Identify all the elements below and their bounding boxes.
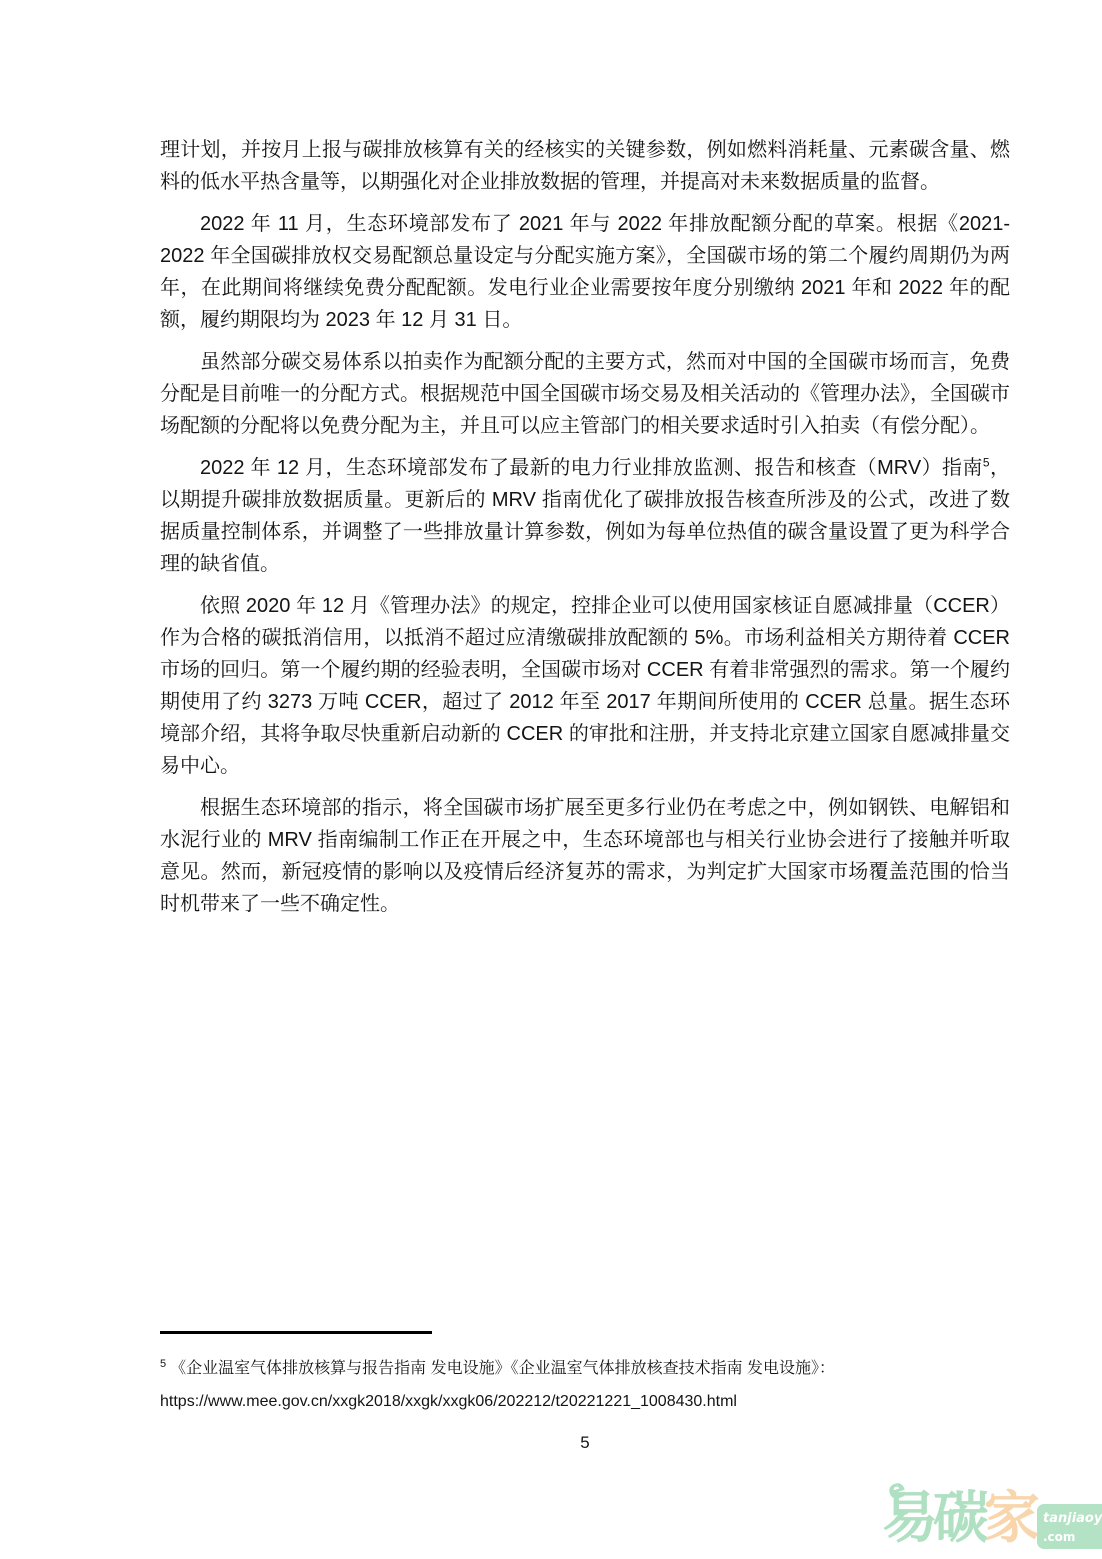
watermark-domain-name: tanjiaoyi <box>1043 1511 1102 1526</box>
watermark-logo: e 易 碳 家 tanjiaoyi .com <box>882 1487 1102 1551</box>
watermark-domain-badge: tanjiaoyi .com <box>1037 1504 1102 1549</box>
paragraph-5-text: 依照 2020 年 12 月《管理办法》的规定，控排企业可以使用国家核证自愿减排… <box>160 595 1010 777</box>
paragraph-2: 2022 年 11 月，生态环境部发布了 2021 年与 2022 年排放配额分… <box>160 208 1010 336</box>
watermark-char-yi-wrap: e 易 <box>882 1487 933 1551</box>
footnote-url-link[interactable]: https://www.mee.gov.cn/xxgk2018/xxgk/xxg… <box>160 1385 1010 1418</box>
page-number: 5 <box>160 1433 1010 1453</box>
watermark-char-jia: 家 <box>984 1487 1035 1551</box>
paragraph-3: 虽然部分碳交易体系以拍卖作为配额分配的主要方式，然而对中国的全国碳市场而言，免费… <box>160 346 1010 442</box>
watermark-char-tan: 碳 <box>933 1487 984 1551</box>
footnote-line: 5《企业温室气体排放核算与报告指南 发电设施》《企业温室气体排放核查技术指南 发… <box>160 1352 1010 1385</box>
paragraph-6: 根据生态环境部的指示，将全国碳市场扩展至更多行业仍在考虑之中，例如钢铁、电解铝和… <box>160 792 1010 920</box>
paragraph-2-text: 2022 年 11 月，生态环境部发布了 2021 年与 2022 年排放配额分… <box>160 213 1010 331</box>
paragraph-6-text: 根据生态环境部的指示，将全国碳市场扩展至更多行业仍在考虑之中，例如钢铁、电解铝和… <box>160 797 1010 915</box>
paragraph-1-text: 理计划，并按月上报与碳排放核算有关的经核实的关键参数，例如燃料消耗量、元素碳含量… <box>160 139 1010 193</box>
paragraph-4-text: 2022 年 12 月，生态环境部发布了最新的电力行业排放监测、报告和核查（MR… <box>200 457 983 479</box>
paragraph-3-text: 虽然部分碳交易体系以拍卖作为配额分配的主要方式，然而对中国的全国碳市场而言，免费… <box>160 351 1010 437</box>
document-page: 理计划，并按月上报与碳排放核算有关的经核实的关键参数，例如燃料消耗量、元素碳含量… <box>0 0 1102 1559</box>
document-body: 理计划，并按月上报与碳排放核算有关的经核实的关键参数，例如燃料消耗量、元素碳含量… <box>160 134 1010 930</box>
watermark-domain-tld: .com <box>1043 1530 1075 1544</box>
footnote: 5《企业温室气体排放核算与报告指南 发电设施》《企业温室气体排放核查技术指南 发… <box>160 1352 1010 1418</box>
footnote-text: 《企业温室气体排放核算与报告指南 发电设施》《企业温室气体排放核查技术指南 发电… <box>170 1360 835 1377</box>
paragraph-4: 2022 年 12 月，生态环境部发布了最新的电力行业排放监测、报告和核查（MR… <box>160 452 1010 580</box>
footnote-reference: 5 <box>983 455 990 469</box>
footnote-separator <box>160 1331 432 1334</box>
paragraph-5: 依照 2020 年 12 月《管理办法》的规定，控排企业可以使用国家核证自愿减排… <box>160 590 1010 782</box>
footnote-marker: 5 <box>160 1358 166 1370</box>
paragraph-1: 理计划，并按月上报与碳排放核算有关的经核实的关键参数，例如燃料消耗量、元素碳含量… <box>160 134 1010 198</box>
